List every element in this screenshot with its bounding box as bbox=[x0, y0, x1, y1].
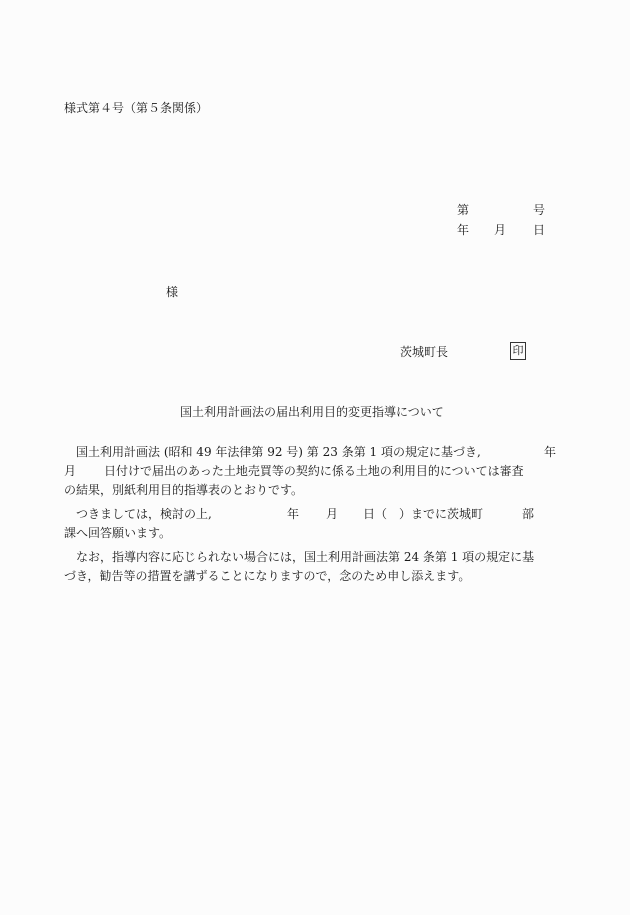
body-text: 日付けで届出のあった土地売買等の契約に係る土地の利用目的については審査 bbox=[104, 462, 524, 481]
body-text: 部 bbox=[522, 505, 534, 524]
date-month-label: 月 bbox=[494, 223, 506, 237]
body-text: 年 bbox=[544, 443, 556, 462]
paragraph-2-line-2: 課へ回答願います。 bbox=[64, 524, 556, 543]
body-text: の結果，別紙利用目的指導表のとおりです。 bbox=[64, 481, 303, 500]
sender-name: 茨城町長 bbox=[400, 345, 448, 359]
form-label: 様式第４号（第５条関係） bbox=[64, 101, 208, 115]
paragraph-3-line-1: なお，指導内容に応じられない場合には，国土利用計画法第 24 条第 1 項の規定… bbox=[64, 548, 556, 567]
body-text: づき，勧告等の措置を講ずることになりますので，念のため申し添えます。 bbox=[64, 567, 470, 586]
body-text: 年 bbox=[287, 505, 299, 524]
paragraph-1-line-2: 月 日付けで届出のあった土地売買等の契約に係る土地の利用目的については審査 bbox=[64, 462, 556, 481]
date-year-label: 年 bbox=[457, 223, 469, 237]
number-suffix: 号 bbox=[533, 203, 545, 217]
body-text: 日（ ）までに茨城町 bbox=[363, 505, 483, 524]
seal-mark: 印 bbox=[510, 342, 526, 360]
paragraph-1-line-1: 国土利用計画法 (昭和 49 年法律第 92 号) 第 23 条第 1 項の規定… bbox=[64, 443, 556, 462]
addressee-suffix: 様 bbox=[166, 285, 178, 299]
paragraph-3-line-2: づき，勧告等の措置を講ずることになりますので，念のため申し添えます。 bbox=[64, 567, 556, 586]
paragraph-2-line-1: つきましては，検討の上, 年 月 日（ ）までに茨城町 部 bbox=[64, 505, 556, 524]
body-text: 国土利用計画法 (昭和 49 年法律第 92 号) 第 23 条第 1 項の規定… bbox=[76, 443, 481, 462]
body-text: 月 bbox=[326, 505, 338, 524]
paragraph-1-line-3: の結果，別紙利用目的指導表のとおりです。 bbox=[64, 481, 556, 500]
date-day-label: 日 bbox=[533, 223, 545, 237]
body-text: 課へ回答願います。 bbox=[64, 524, 171, 543]
document-title: 国土利用計画法の届出利用目的変更指導について bbox=[180, 405, 444, 419]
number-prefix: 第 bbox=[457, 203, 469, 217]
body-text: 月 bbox=[64, 462, 76, 481]
body-text: つきましては，検討の上, bbox=[76, 505, 212, 524]
body-text: なお，指導内容に応じられない場合には，国土利用計画法第 24 条第 1 項の規定… bbox=[76, 548, 534, 567]
